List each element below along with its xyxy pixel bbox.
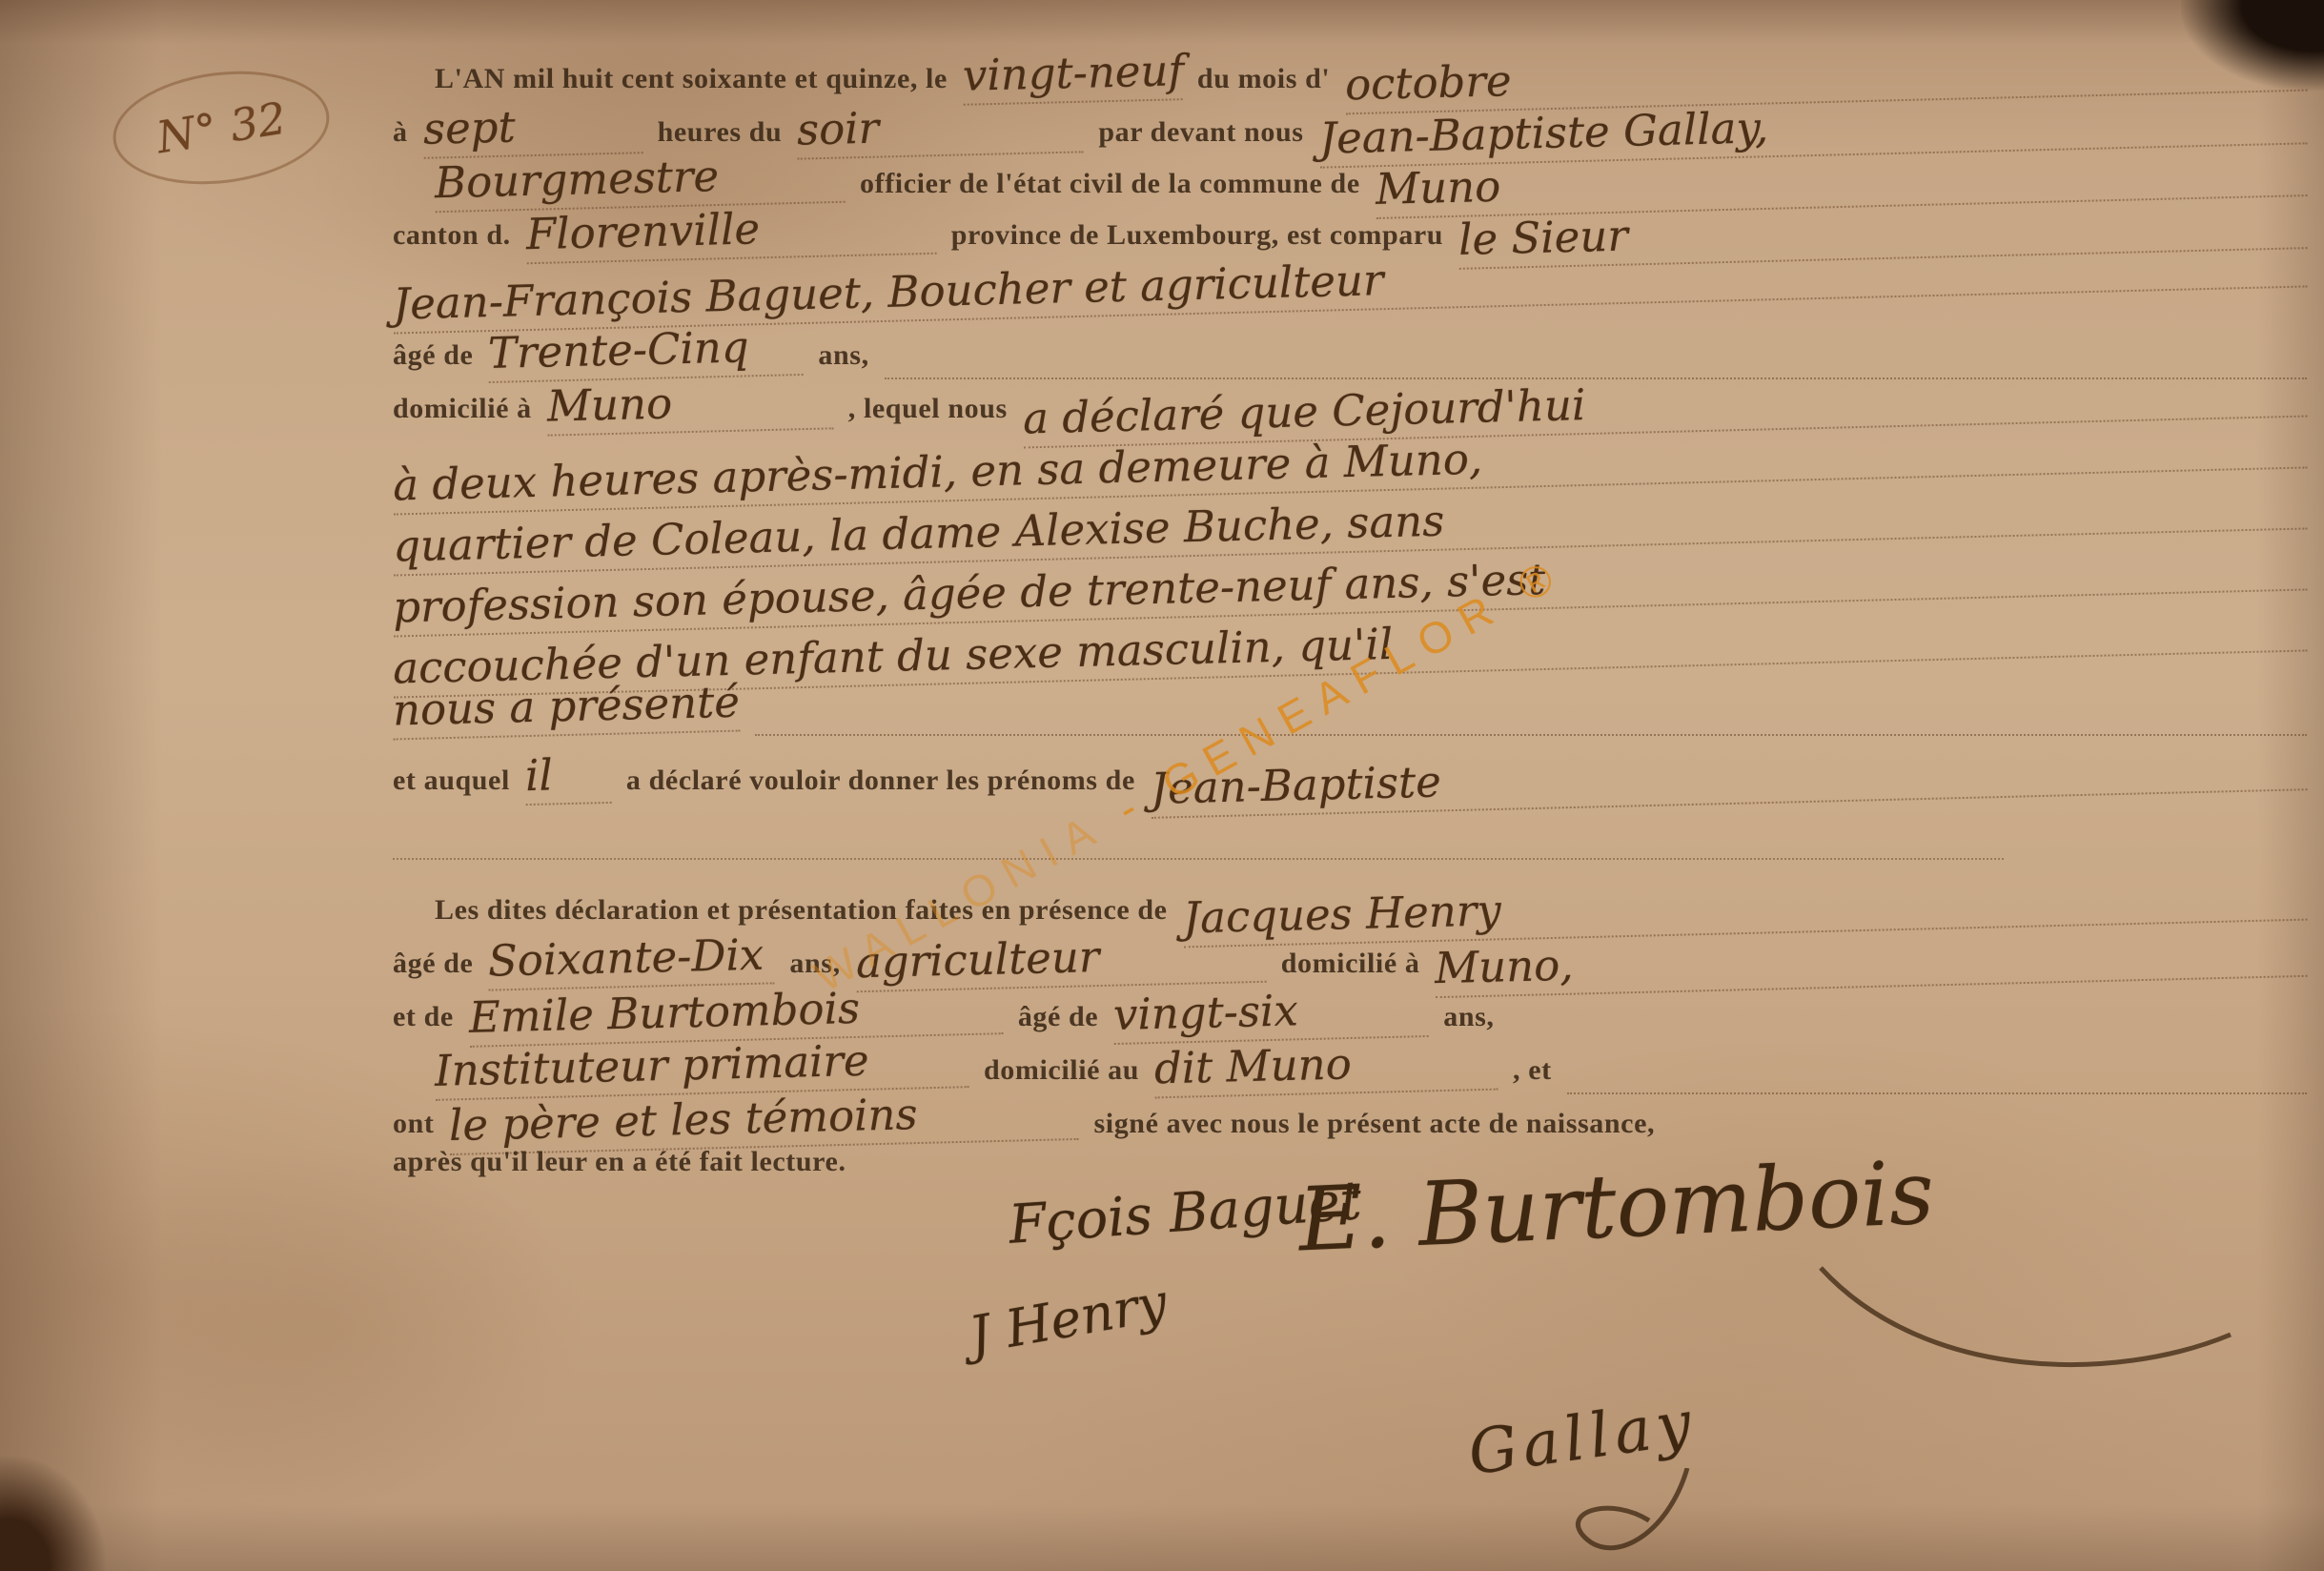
printed-text: officier de l'état civil de la commune d… <box>860 168 1360 200</box>
signature-flourish-burtombois <box>1811 1249 2250 1392</box>
printed-text: après qu'il leur en a été fait lecture. <box>393 1146 846 1178</box>
printed-text: et auquel <box>393 765 510 797</box>
act-line-16: et de Emile Burtombois âgé de vingt-six … <box>393 986 2307 1041</box>
ink-stain-bottom-left <box>0 1457 105 1571</box>
printed-text: ans, <box>1443 1001 1494 1033</box>
act-line-17: Instituteur primaire domicilié au dit Mu… <box>393 1039 2307 1094</box>
act-line-1: L'AN mil huit cent soixante et quinze, l… <box>393 48 2307 103</box>
printed-text: domicilié à <box>393 393 532 425</box>
handwritten-child-name: Jean-Baptiste <box>1150 735 2307 819</box>
printed-text: âgé de <box>393 339 473 372</box>
printed-text: et de <box>393 1001 454 1033</box>
handwritten-witness2-domicile: dit Muno <box>1153 1035 1498 1099</box>
record-number-oval: N° 32 <box>107 60 336 196</box>
handwritten-day: vingt-neuf <box>962 45 1182 106</box>
act-line-14: Les dites déclaration et présentation fa… <box>393 879 2307 934</box>
act-line-18: ont le père et les témoins signé avec no… <box>393 1092 2307 1148</box>
printed-text: heures du <box>658 116 783 149</box>
paper-stain <box>57 1144 591 1506</box>
act-line-15: âgé de Soixante-Dix ans, agriculteur dom… <box>393 932 2307 988</box>
printed-text: à <box>393 116 408 149</box>
handwritten-text: il <box>524 748 611 806</box>
printed-text: canton d. <box>393 219 511 252</box>
handwritten-witness1-age: Soixante-Dix <box>488 928 775 990</box>
printed-text: âgé de <box>1018 1001 1098 1033</box>
handwritten-hour: sept <box>422 98 642 159</box>
signature-flourish-gallay <box>1525 1468 1735 1571</box>
printed-text: Les dites déclaration et présentation fa… <box>435 894 1168 927</box>
printed-text: domicilié à <box>1281 948 1420 980</box>
signature-witness-henry: J Henry <box>965 1272 1172 1365</box>
handwritten-text: nous a présenté <box>392 677 740 741</box>
record-number: N° 32 <box>153 92 289 164</box>
printed-text: âgé de <box>393 948 473 980</box>
printed-text: province de Luxembourg, est comparu <box>951 219 1443 252</box>
printed-text: par devant nous <box>1098 116 1303 149</box>
printed-text: ont <box>393 1108 434 1140</box>
page-bottom-shadow <box>0 1504 2324 1571</box>
dotted-rule <box>755 728 2307 736</box>
signature-officer-gallay: Gallay <box>1464 1388 1701 1490</box>
act-line-5: Jean-François Baguet, Boucher et agricul… <box>393 255 2307 311</box>
printed-text: du mois d' <box>1197 63 1330 95</box>
handwritten-text: le père et les témoins <box>449 1085 1079 1155</box>
act-line-13: et auquel il a déclaré vouloir donner le… <box>393 749 2307 805</box>
printed-text: ans, <box>818 339 868 372</box>
printed-text: a déclaré vouloir donner les prénoms de <box>626 765 1135 797</box>
page-top-shadow <box>0 0 2324 44</box>
act-line-3: Bourgmestre officier de l'état civil de … <box>393 153 2307 208</box>
handwritten-witness2-age: vingt-six <box>1113 982 1429 1045</box>
dotted-rule-empty-line <box>393 858 2004 860</box>
handwritten-age: Trente-Cinq <box>488 320 804 383</box>
handwritten-canton: Florenville <box>525 199 936 264</box>
printed-text: , lequel nous <box>848 393 1008 425</box>
printed-text: domicilié au <box>984 1054 1139 1087</box>
handwritten-domicile: Muno <box>546 374 833 436</box>
printed-text: , et <box>1513 1054 1552 1087</box>
page-left-shadow <box>0 0 162 1571</box>
printed-text: signé avec nous le présent acte de naiss… <box>1093 1108 1655 1140</box>
printed-text: L'AN mil huit cent soixante et quinze, l… <box>435 63 948 95</box>
